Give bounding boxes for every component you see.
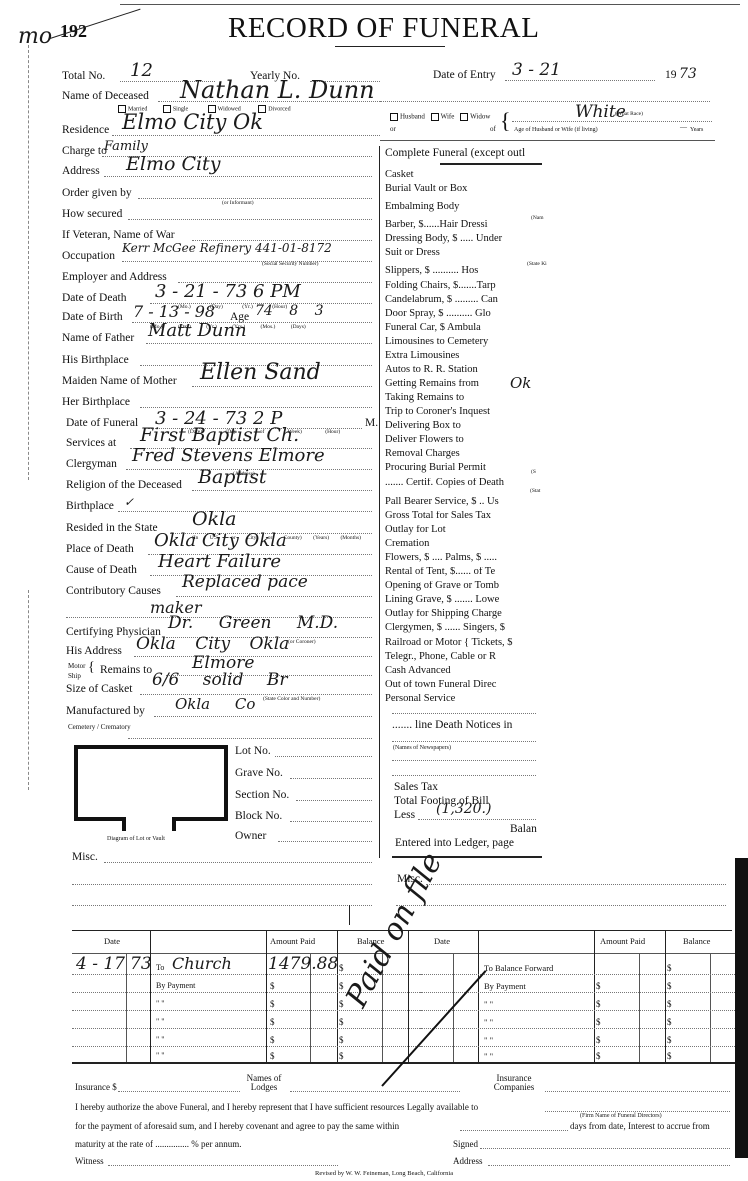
services-at-label: Services at <box>66 438 116 450</box>
order-given-by-label: Order given by <box>62 188 132 200</box>
charge-item: Dressing Body, $ ..... Under <box>385 234 541 245</box>
lodges-line <box>290 1091 460 1092</box>
misc-left-line <box>104 862 372 863</box>
newspapers-sublabel: (Names of Newspapers) <box>393 745 451 751</box>
charge-item: Rental of Tent, $...... of Te <box>385 567 541 578</box>
note-stat: (Stat <box>530 489 540 495</box>
or-label: or <box>390 126 396 133</box>
owner-label: Owner <box>235 831 266 843</box>
race-line <box>512 121 712 122</box>
charge-item: Pall Bearer Service, $ .. Us <box>385 497 541 508</box>
lot-diagram-box <box>74 745 228 821</box>
deceased-name-line-right <box>380 101 710 102</box>
authorization-line-2b: days from date, Interest to accrue from <box>570 1122 710 1131</box>
deceased-name-value[interactable]: Nathan L. Dunn <box>180 78 375 102</box>
ledger-right-amount-header: Amount Paid <box>600 937 645 946</box>
clergyman-label: Clergyman <box>66 459 117 471</box>
ledger-left-balance: $ <box>339 1000 344 1009</box>
ledger-left-amount: $ <box>270 1018 275 1027</box>
charge-item: Folding Chairs, $.......Tarp <box>385 281 541 292</box>
race-label: (What Race) <box>615 112 643 118</box>
charge-item: Cash Advanced <box>385 666 541 677</box>
charge-item: ....... Certif. Copies of Death <box>385 478 541 489</box>
charge-item: Lining Grave, $ ....... Lowe <box>385 595 541 606</box>
employer-label: Employer and Address <box>62 272 167 284</box>
birthplace-label: Birthplace <box>66 501 114 513</box>
cause-of-death-label: Cause of Death <box>66 565 137 577</box>
misc-right-line-2 <box>396 905 726 906</box>
year-prefix: 19 <box>665 70 677 82</box>
ledger-left-col3 <box>337 930 338 1062</box>
ledger-right-bottom <box>420 1062 735 1064</box>
manufactured-by-value[interactable]: Okla Co <box>175 697 255 712</box>
ledger-right-desc-prefix: " " <box>484 1036 493 1045</box>
charge-item: Opening of Grave or Tomb <box>385 581 541 592</box>
scan-edge <box>735 858 748 1158</box>
charge-item: Telegr., Phone, Cable or R <box>385 652 541 663</box>
charge-item: Trip to Coroner's Inquest <box>385 407 541 418</box>
section-no-line <box>296 800 372 801</box>
ledger-right-row-line <box>420 1046 735 1047</box>
authorization-line-2: for the payment of aforesaid sum, and I … <box>75 1122 399 1131</box>
ledger-right-amount: $ <box>596 1052 601 1061</box>
age-spouse-label: Age of Husband or Wife (if living) <box>514 127 598 133</box>
total-no-value[interactable]: 12 <box>130 62 153 80</box>
insurance-companies-label: Insurance Companies <box>488 1074 540 1093</box>
veteran-label: If Veteran, Name of War <box>62 230 175 242</box>
title-underline <box>335 46 445 47</box>
ledger-left-desc-prefix: " " <box>156 1018 165 1026</box>
charge-item: Out of town Funeral Direc <box>385 680 541 691</box>
charges-column-border <box>379 146 380 858</box>
ledger-right-desc-prefix: By Payment <box>484 982 526 991</box>
charge-item: Complete Funeral (except outl <box>385 148 541 160</box>
date-of-birth-value[interactable]: 7 - 13 - 98 <box>133 304 215 320</box>
ledger-left-balance: $ <box>339 1018 344 1027</box>
ledger-right-balance: $ <box>667 1036 672 1045</box>
ledger-left-row-line <box>72 1028 422 1029</box>
religion-value[interactable]: Baptist <box>198 468 267 487</box>
charge-item: Door Spray, $ .......... Glo <box>385 309 541 320</box>
personal-service-line-2 <box>392 713 536 714</box>
charge-to-value[interactable]: Family <box>104 140 148 153</box>
charge-item: Delivering Box to <box>385 421 541 432</box>
charge-item: Taking Remains to <box>385 393 541 404</box>
misc-left-label: Misc. <box>72 852 98 864</box>
total-no-label: Total No. <box>62 71 105 83</box>
address-label: Address <box>62 166 100 178</box>
widow-label: Widow <box>470 113 490 121</box>
ledger-left-amount: $ <box>270 982 275 991</box>
charge-item: Deliver Flowers to <box>385 435 541 446</box>
ledger-right-row-line <box>420 974 735 975</box>
residence-value[interactable]: Elmo City Ok <box>122 112 263 133</box>
resided-state-value[interactable]: Okla <box>192 510 237 529</box>
how-secured-line <box>128 219 372 220</box>
firm-name-note: (Firm Name of Funeral Directors) <box>580 1113 662 1119</box>
ledger-right-balance-header: Balance <box>683 937 710 946</box>
ledger-left-bottom <box>72 1062 422 1064</box>
lodges-label: Names of Lodges <box>244 1074 284 1093</box>
form-number-handwritten: mo <box>18 26 52 48</box>
residence-line <box>112 135 380 136</box>
less-line <box>418 819 536 820</box>
husband-label: Husband <box>400 113 425 121</box>
manufactured-by-label: Manufactured by <box>66 706 145 718</box>
ledger-right-desc-prefix: To Balance Forward <box>484 964 553 973</box>
lot-no-line <box>275 756 372 757</box>
charge-item: Suit or Dress <box>385 248 541 259</box>
misc-left-line-3 <box>72 905 372 906</box>
authorization-line-1: I hereby authorize the above Funeral, an… <box>75 1103 478 1112</box>
ledger-divider <box>349 905 350 925</box>
authorization-line-3: maturity at the rate of ............... … <box>75 1140 241 1149</box>
ledger-right-row-line <box>420 1010 735 1011</box>
address-line <box>104 176 372 177</box>
lot-diagram-leg-right <box>172 817 176 831</box>
ledger-left-col1 <box>150 930 151 1062</box>
order-given-by-line <box>138 198 372 199</box>
block-no-label: Block No. <box>235 811 282 823</box>
charge-item: Extra Limousines <box>385 351 541 362</box>
age-value[interactable]: 74 8 3 <box>255 304 324 318</box>
ledger-left-desc[interactable]: Church <box>172 956 232 972</box>
grave-no-label: Grave No. <box>235 768 283 780</box>
death-notices-label: ....... line Death Notices in <box>392 720 512 732</box>
cemetery-crematory-label: Cemetery / Crematory <box>68 724 131 731</box>
ledger-right-balance: $ <box>667 964 672 973</box>
section-no-label: Section No. <box>235 790 289 802</box>
cemetery-line <box>128 738 372 739</box>
ledger-right-amount: $ <box>596 1018 601 1027</box>
date-of-funeral-suffix: M. <box>365 418 378 430</box>
date-of-entry-value[interactable]: 3 - 21 <box>512 62 561 79</box>
place-of-death-value[interactable]: Okla City Okla <box>154 532 287 550</box>
ledger-left-date-header: Date <box>104 937 120 946</box>
ledger-right-col1 <box>478 930 479 1062</box>
address-value[interactable]: Elmo City <box>126 155 220 174</box>
certifying-physician-value[interactable]: Dr. Green M.D. <box>168 615 338 632</box>
date-of-death-label: Date of Death <box>62 293 127 305</box>
remains-to-label: Remains to <box>100 665 152 677</box>
page-title: RECORD OF FUNERAL <box>228 14 539 43</box>
ledger-left-amount-header: Amount Paid <box>270 937 315 946</box>
revised-credit: Revised by W. W. Feineman, Long Beach, C… <box>315 1171 453 1178</box>
occupation-line <box>122 261 372 262</box>
misc-right-line <box>426 884 726 885</box>
charge-item: Casket <box>385 170 541 181</box>
ledger-right-balance: $ <box>667 1052 672 1061</box>
balance-label: Balan <box>510 824 537 836</box>
signed-label: Signed <box>453 1140 478 1149</box>
mother-name-label: Maiden Name of Mother <box>62 376 177 388</box>
getting-remains-value[interactable]: Ok <box>510 376 531 391</box>
his-birthplace-label: His Birthplace <box>62 355 129 367</box>
services-at-value[interactable]: First Baptist Ch. <box>140 426 299 445</box>
ledger-left-balance: $ <box>339 1052 344 1061</box>
ledger-left-col2 <box>266 930 267 1062</box>
ledger-left-desc-prefix: By Payment <box>156 982 195 990</box>
charge-item: Removal Charges <box>385 449 541 460</box>
insurance-label: Insurance $ <box>75 1083 117 1092</box>
less-value[interactable]: (1,320.) <box>436 802 491 816</box>
ledger-right-amount: $ <box>596 1000 601 1009</box>
ledger-left-year[interactable]: 73 <box>130 956 152 973</box>
cause-of-death-value[interactable]: Heart Failure <box>158 553 281 571</box>
ledger-right-row-line <box>420 1028 735 1029</box>
divorced-label: Divorced <box>268 106 290 112</box>
wife-label: Wife <box>441 113 455 121</box>
ship-label: Ship <box>68 673 81 680</box>
years-label: Years <box>690 127 703 133</box>
page-left-edge <box>28 40 30 480</box>
ledger-page-label: Entered into Ledger, page <box>395 838 514 850</box>
ledger-left-balance: $ <box>339 964 344 973</box>
how-secured-label: How secured <box>62 209 122 221</box>
clergyman-value[interactable]: Fred Stevens Elmore <box>132 447 325 465</box>
ledger-right-amount: $ <box>596 982 601 991</box>
ledger-left-desc-prefix: " " <box>156 1000 165 1008</box>
age-spouse-value[interactable]: — <box>680 124 687 131</box>
charge-item: Embalming Body <box>385 202 541 213</box>
firm-name-line <box>545 1111 730 1112</box>
ledger-left-col4 <box>408 930 409 1062</box>
occupation-value[interactable]: Kerr McGee Refinery 441-01-8172 <box>122 242 332 254</box>
ledger-left-amount[interactable]: 1479.88 <box>268 956 338 973</box>
note-state-kind: (State Ki <box>527 262 547 268</box>
days-line <box>460 1130 568 1131</box>
signed-line <box>480 1148 730 1149</box>
religion-line <box>192 490 372 491</box>
top-rule <box>120 4 740 5</box>
ledger-left-amount: $ <box>270 1000 275 1009</box>
occupation-label: Occupation <box>62 251 115 263</box>
ledger-right-date-header: Date <box>434 937 450 946</box>
his-address-label: His Address <box>66 646 122 658</box>
newspapers-line-3 <box>392 775 536 776</box>
grave-no-line <box>290 778 372 779</box>
place-of-death-label: Place of Death <box>66 544 134 556</box>
witness-label: Witness <box>75 1157 104 1166</box>
residence-label: Residence <box>62 125 109 137</box>
ledger-left-amount: $ <box>270 1036 275 1045</box>
ledger-right-desc-prefix: " " <box>484 1000 493 1009</box>
coroner-sublabel: (or Coroner) <box>288 640 316 646</box>
religion-label: Religion of the Deceased <box>66 480 182 492</box>
father-name-line <box>146 343 372 344</box>
insurance-companies-line <box>545 1091 730 1092</box>
charge-item: Candelabrum, $ ......... Can <box>385 295 541 306</box>
ledger-left-desc-prefix: To <box>156 964 164 972</box>
wife-checkbox[interactable] <box>431 113 439 121</box>
mother-name-line <box>192 386 372 387</box>
ledger-left-row-line <box>72 1046 422 1047</box>
date-of-birth-label: Date of Birth <box>62 312 123 324</box>
signer-address-line <box>488 1165 730 1166</box>
section-divider <box>380 140 715 141</box>
order-given-by-sublabel: (or Informant) <box>222 201 254 207</box>
charge-item: Clergymen, $ ...... Singers, $ <box>385 623 541 634</box>
ledger-right-col2 <box>594 930 595 1062</box>
spouse-options: Husband Wife Widow <box>390 113 490 121</box>
insurance-line <box>118 1091 240 1092</box>
ledger-right-balance: $ <box>667 1000 672 1009</box>
brace-icon: { <box>88 661 95 675</box>
charge-item: Gross Total for Sales Tax <box>385 511 541 522</box>
complete-funeral-underline <box>440 163 542 165</box>
husband-checkbox[interactable] <box>390 113 398 121</box>
newspapers-line-2 <box>392 760 536 761</box>
deceased-name-label: Name of Deceased <box>62 91 149 103</box>
charge-to-label: Charge to <box>62 146 107 158</box>
father-name-value[interactable]: Matt Dunn <box>148 322 247 340</box>
charge-item: Flowers, $ .... Palms, $ ..... <box>385 553 541 564</box>
ledger-left-balance: $ <box>339 1036 344 1045</box>
charge-item: Limousines to Cemetery <box>385 337 541 348</box>
motor-label: Motor <box>68 663 86 670</box>
contributory-causes-value[interactable]: Replaced pace <box>182 574 308 591</box>
widow-checkbox[interactable] <box>460 113 468 121</box>
charge-item: Outlay for Lot <box>385 525 541 536</box>
her-birthplace-label: Her Birthplace <box>62 397 130 409</box>
diagram-caption: Diagram of Lot or Vault <box>107 836 165 842</box>
sales-tax-label: Sales Tax <box>394 782 438 794</box>
page-left-edge <box>28 590 30 790</box>
newspapers-line <box>392 741 536 742</box>
date-of-entry-line <box>505 80 655 81</box>
casket-sublabel: (State Color and Number) <box>263 697 320 703</box>
ledger-right-col3 <box>665 930 666 1062</box>
birthplace-line <box>118 511 372 512</box>
note-s: (S <box>531 470 536 476</box>
lot-diagram-bottom-right <box>172 817 224 821</box>
ssn-sublabel: (Social Security Number) <box>262 262 319 268</box>
misc-left-line-2 <box>72 884 372 885</box>
lot-diagram-bottom-left <box>74 817 126 821</box>
lot-diagram-leg-left <box>122 817 126 831</box>
witness-line <box>108 1165 338 1166</box>
size-of-casket-label: Size of Casket <box>66 684 132 696</box>
date-of-funeral-label: Date of Funeral <box>66 418 138 430</box>
date-of-death-value[interactable]: 3 - 21 - 73 6 PM <box>155 283 301 301</box>
contributory-causes-label: Contributory Causes <box>66 586 161 598</box>
lot-no-label: Lot No. <box>235 746 271 758</box>
charge-item: Burial Vault or Box <box>385 184 541 195</box>
charge-item: Procuring Burial Permit <box>385 463 541 474</box>
block-no-line <box>290 821 372 822</box>
ledger-right-balance: $ <box>667 982 672 991</box>
ledger-left-amount: $ <box>270 1052 275 1061</box>
ledger-right-desc-prefix: " " <box>484 1052 493 1061</box>
year-value[interactable]: 73 <box>679 67 697 81</box>
ledger-right-desc-prefix: " " <box>484 1018 493 1027</box>
charge-item: Outlay for Shipping Charge <box>385 609 541 620</box>
address-label: Address <box>453 1157 483 1166</box>
charge-item: Railroad or Motor { Tickets, $ <box>385 638 541 649</box>
date-of-entry-label: Date of Entry <box>433 70 496 82</box>
owner-line <box>278 841 372 842</box>
less-label: Less <box>394 810 415 822</box>
ledger-left-date[interactable]: 4 - 17 <box>76 956 125 973</box>
contributory-causes-line <box>176 596 372 597</box>
note-nam: (Nam <box>531 216 544 222</box>
ledger-left-desc-prefix: " " <box>156 1052 165 1060</box>
ledger-right-balance: $ <box>667 1018 672 1027</box>
brace: { <box>500 110 511 132</box>
father-name-label: Name of Father <box>62 333 134 345</box>
ledger-right-header-rule <box>420 953 735 954</box>
resided-state-label: Resided in the State <box>66 523 158 535</box>
birthplace-value[interactable]: ✓ <box>124 496 134 508</box>
of-label: of <box>490 126 496 133</box>
charge-item: Cremation <box>385 539 541 550</box>
his-address-value[interactable]: Okla City Okla <box>136 636 289 653</box>
charge-item: Slippers, $ .......... Hos <box>385 266 541 277</box>
ledger-right-amount: $ <box>596 1036 601 1045</box>
manufactured-by-line <box>154 716 372 717</box>
size-of-casket-value[interactable]: 6/6 solid Br <box>152 672 288 689</box>
charge-item: Barber, $......Hair Dressi <box>385 220 541 231</box>
ledger-left-desc-prefix: " " <box>156 1036 165 1044</box>
charge-item: Personal Service <box>385 694 541 705</box>
charge-item: Funeral Car, $ Ambula <box>385 323 541 334</box>
mother-name-value[interactable]: Ellen Sand <box>200 362 321 384</box>
